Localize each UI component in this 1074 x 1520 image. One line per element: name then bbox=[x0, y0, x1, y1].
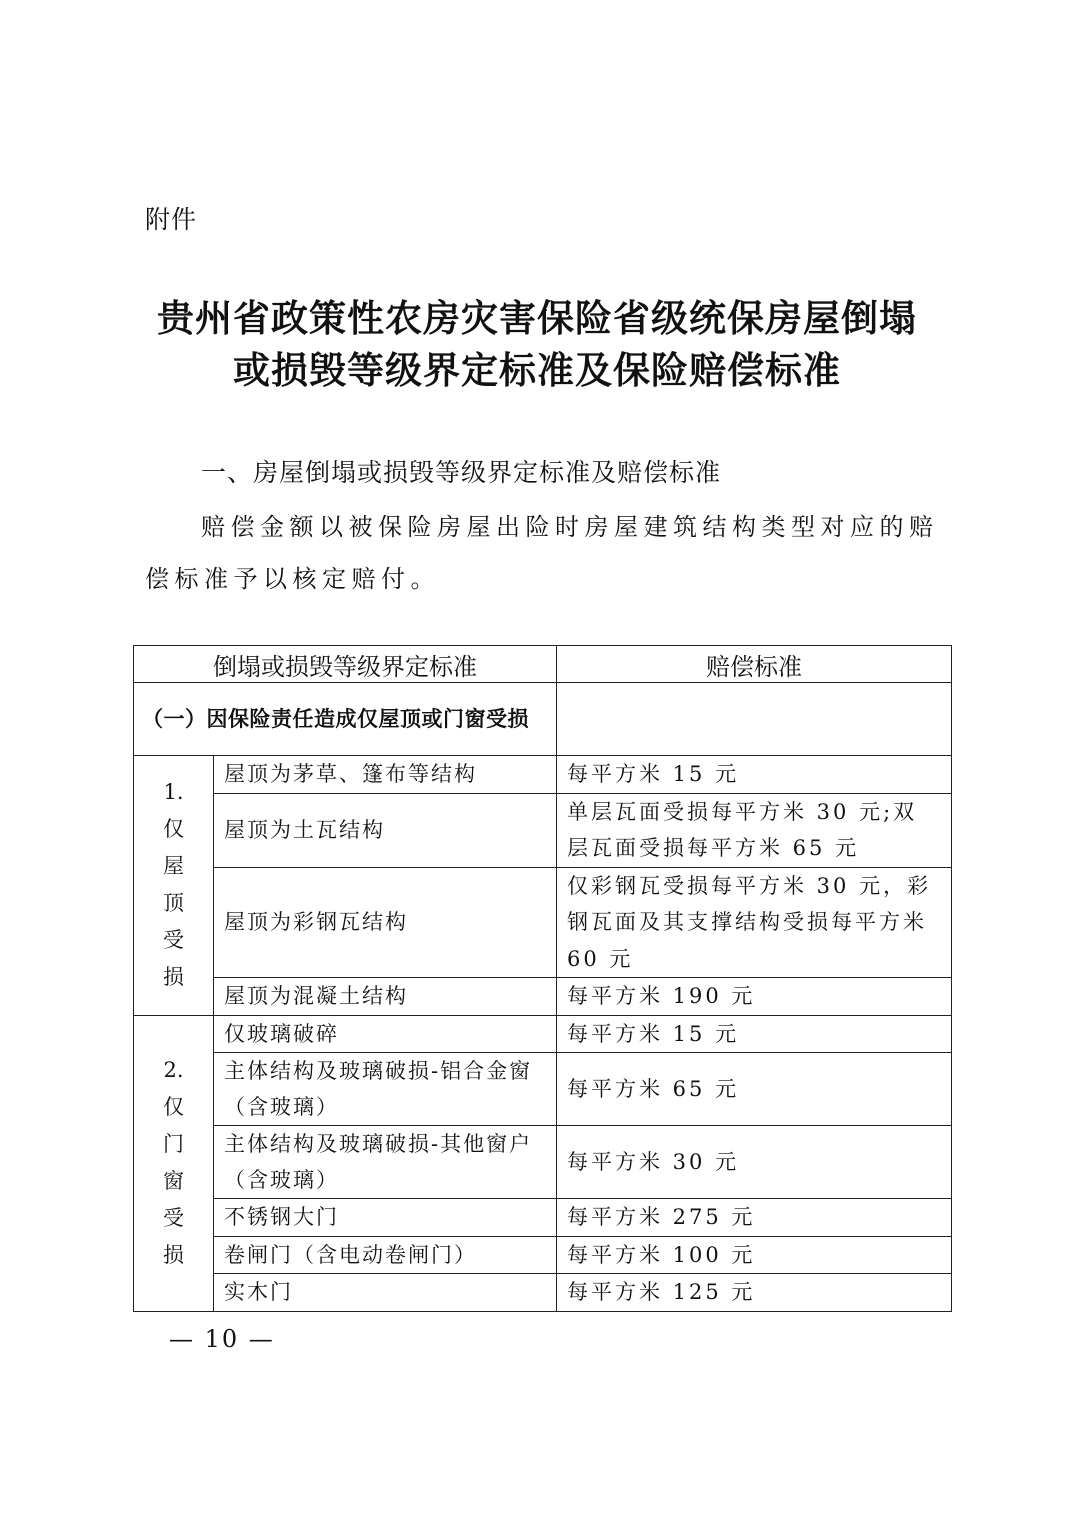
item-cell: 卷闸门（含电动卷闸门） bbox=[214, 1236, 557, 1274]
group-char: 受 bbox=[144, 1200, 203, 1237]
item-cell: 屋顶为土瓦结构 bbox=[214, 793, 557, 867]
group-char: 屋 bbox=[144, 848, 203, 885]
price-cell: 单层瓦面受损每平方米 30 元;双层瓦面受损每平方米 65 元 bbox=[557, 793, 952, 867]
table-row: 主体结构及玻璃破损-铝合金窗（含玻璃） 每平方米 65 元 bbox=[134, 1053, 952, 1126]
intro-paragraph: 赔偿金额以被保险房屋出险时房屋建筑结构类型对应的赔偿标准予以核定赔付。 bbox=[145, 501, 945, 605]
group-number: 1. bbox=[144, 774, 203, 811]
table-row: 屋顶为彩钢瓦结构 仅彩钢瓦受损每平方米 30 元，彩钢瓦面及其支撑结构受损每平方… bbox=[134, 867, 952, 978]
table-row: 屋顶为混凝土结构 每平方米 190 元 bbox=[134, 978, 952, 1016]
category-label: （一）因保险责任造成仅屋顶或门窗受损 bbox=[134, 683, 557, 756]
item-cell: 实木门 bbox=[214, 1274, 557, 1312]
attachment-label: 附件 bbox=[145, 200, 197, 236]
group-char: 损 bbox=[144, 959, 203, 996]
table-header-row: 倒塌或损毁等级界定标准 赔偿标准 bbox=[134, 646, 952, 683]
price-cell: 每平方米 275 元 bbox=[557, 1199, 952, 1237]
table-row: 1. 仅 屋 顶 受 损 屋顶为茅草、篷布等结构 每平方米 15 元 bbox=[134, 756, 952, 794]
header-compensation: 赔偿标准 bbox=[557, 646, 952, 683]
item-cell: 屋顶为茅草、篷布等结构 bbox=[214, 756, 557, 794]
group-number: 2. bbox=[144, 1052, 203, 1089]
price-cell: 每平方米 100 元 bbox=[557, 1236, 952, 1274]
group-char: 损 bbox=[144, 1237, 203, 1274]
header-criteria: 倒塌或损毁等级界定标准 bbox=[134, 646, 557, 683]
table-row: 屋顶为土瓦结构 单层瓦面受损每平方米 30 元;双层瓦面受损每平方米 65 元 bbox=[134, 793, 952, 867]
table-row: 卷闸门（含电动卷闸门） 每平方米 100 元 bbox=[134, 1236, 952, 1274]
price-cell: 每平方米 15 元 bbox=[557, 1015, 952, 1053]
title-line-1: 贵州省政策性农房灾害保险省级统保房屋倒塌 bbox=[0, 292, 1074, 344]
compensation-standards-table: 倒塌或损毁等级界定标准 赔偿标准 （一）因保险责任造成仅屋顶或门窗受损 1. 仅… bbox=[133, 645, 952, 1312]
group-label-doors-windows: 2. 仅 门 窗 受 损 bbox=[134, 1015, 214, 1311]
price-cell: 仅彩钢瓦受损每平方米 30 元，彩钢瓦面及其支撑结构受损每平方米 60 元 bbox=[557, 867, 952, 978]
table-row: 实木门 每平方米 125 元 bbox=[134, 1274, 952, 1312]
price-cell: 每平方米 65 元 bbox=[557, 1053, 952, 1126]
group-char: 窗 bbox=[144, 1163, 203, 1200]
table-row: 不锈钢大门 每平方米 275 元 bbox=[134, 1199, 952, 1237]
group-char: 顶 bbox=[144, 885, 203, 922]
item-cell: 不锈钢大门 bbox=[214, 1199, 557, 1237]
group-char: 仅 bbox=[144, 811, 203, 848]
title-line-2: 或损毁等级界定标准及保险赔偿标准 bbox=[0, 344, 1074, 396]
category-compensation bbox=[557, 683, 952, 756]
group-char: 门 bbox=[144, 1126, 203, 1163]
item-cell: 主体结构及玻璃破损-铝合金窗（含玻璃） bbox=[214, 1053, 557, 1126]
group-label-roof: 1. 仅 屋 顶 受 损 bbox=[134, 756, 214, 1016]
item-cell: 屋顶为彩钢瓦结构 bbox=[214, 867, 557, 978]
table-row: 2. 仅 门 窗 受 损 仅玻璃破碎 每平方米 15 元 bbox=[134, 1015, 952, 1053]
item-cell: 仅玻璃破碎 bbox=[214, 1015, 557, 1053]
category-row: （一）因保险责任造成仅屋顶或门窗受损 bbox=[134, 683, 952, 756]
group-char: 受 bbox=[144, 922, 203, 959]
item-cell: 主体结构及玻璃破损-其他窗户（含玻璃） bbox=[214, 1126, 557, 1199]
table-row: 主体结构及玻璃破损-其他窗户（含玻璃） 每平方米 30 元 bbox=[134, 1126, 952, 1199]
section-heading: 一、房屋倒塌或损毁等级界定标准及赔偿标准 bbox=[201, 453, 721, 489]
item-cell: 屋顶为混凝土结构 bbox=[214, 978, 557, 1016]
group-char: 仅 bbox=[144, 1089, 203, 1126]
price-cell: 每平方米 15 元 bbox=[557, 756, 952, 794]
page-number: — 10 — bbox=[169, 1325, 275, 1353]
price-cell: 每平方米 30 元 bbox=[557, 1126, 952, 1199]
price-cell: 每平方米 125 元 bbox=[557, 1274, 952, 1312]
price-cell: 每平方米 190 元 bbox=[557, 978, 952, 1016]
